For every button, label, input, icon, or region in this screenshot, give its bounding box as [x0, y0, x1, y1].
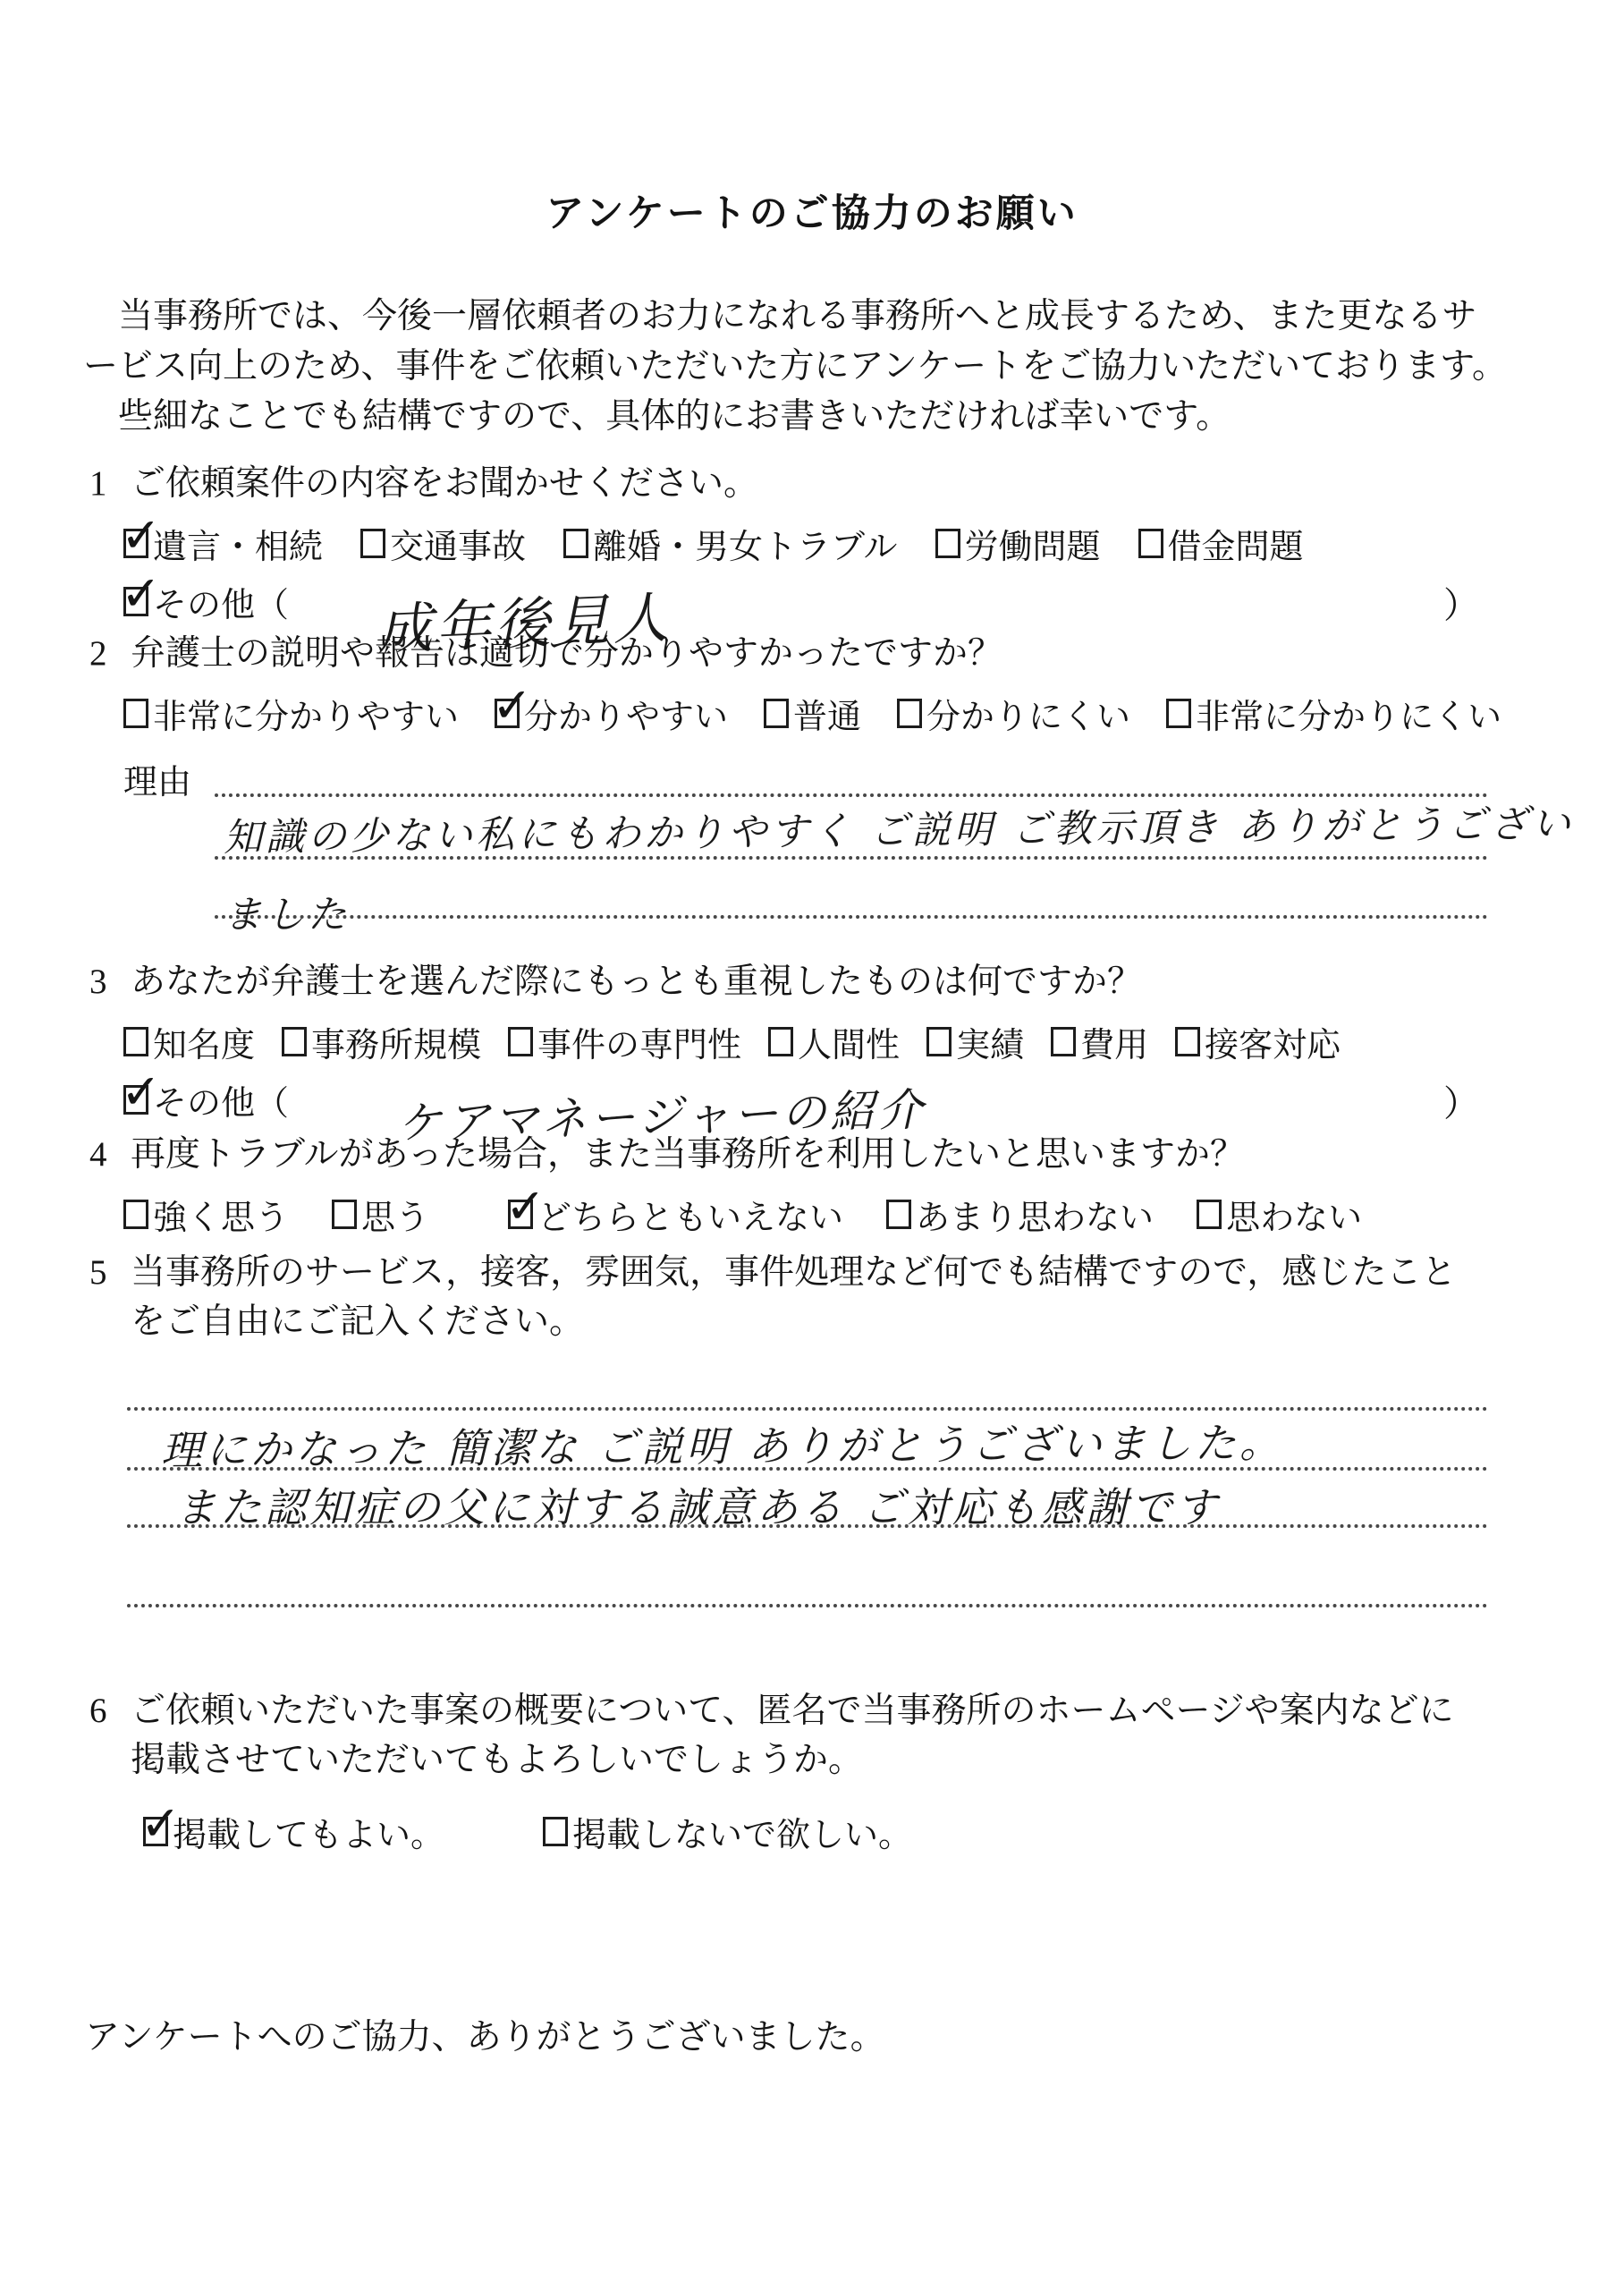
question-5-text: 当事務所のサービス，接客，雰囲気，事件処理など何でも結構ですので，感じたこと を… — [131, 1248, 1535, 1347]
q4-option-dont-think: 思わない — [1197, 1190, 1362, 1239]
q1-option-divorce-trouble-checkbox — [563, 529, 588, 558]
q1-option-other-checkbox — [123, 587, 148, 616]
q2-option-average-label: 普通 — [793, 689, 861, 738]
q1-option-traffic-accident-checkbox — [360, 529, 385, 558]
q2-option-average: 普通 — [764, 689, 861, 738]
q3-option-other: その他（ — [123, 1075, 289, 1124]
q5-handwritten-line-1: 理にかなった 簡潔な ご説明 ありがとうございました。 — [161, 1411, 1284, 1478]
q5-dotted-line-1 — [127, 1407, 1488, 1411]
q1-option-traffic-accident: 交通事故 — [360, 519, 526, 568]
q3-option-specialty-label: 事件の専門性 — [537, 1017, 741, 1066]
q3-option-service-checkbox — [1175, 1027, 1200, 1056]
q4-option-not-really-checkbox — [886, 1200, 911, 1229]
q2-option-very-clear-checkbox — [123, 699, 148, 728]
q4-option-think: 思う — [332, 1190, 429, 1239]
q1-option-divorce-trouble-label: 離婚・男女トラブル — [593, 519, 897, 568]
q1-option-will-inheritance: 遺言・相続 — [123, 519, 323, 568]
question-3-options: 知名度 事務所規模 事件の専門性 人間性 実績 費用 — [123, 1017, 1535, 1066]
q6-option-do-not-publish-label: 掲載しないで欲しい。 — [572, 1807, 912, 1856]
question-4-section: 4 再度トラブルがあった場合，また当事務所を利用したいと思いますか？ 強く思う … — [89, 1130, 1535, 1239]
q2-reason-handwritten-line-1: 知識の少ない私にもわかりやすく ご説明 ご教示頂き ありがとうござい — [224, 793, 1575, 862]
q3-option-cost-label: 費用 — [1080, 1017, 1148, 1066]
question-2-options: 非常に分かりやすい 分かりやすい 普通 分かりにくい 非常に分かりにくい — [123, 689, 1535, 738]
question-2-head: 2 弁護士の説明や報告は適切で分かりやすかったですか？ — [89, 629, 1535, 678]
question-4-head: 4 再度トラブルがあった場合，また当事務所を利用したいと思いますか？ — [89, 1130, 1535, 1179]
q1-option-debt-issue-checkbox — [1138, 529, 1163, 558]
q2-reason-label: 理由 — [123, 754, 191, 803]
q4-option-dont-think-label: 思わない — [1226, 1190, 1362, 1239]
q2-option-unclear-label: 分かりにくい — [926, 689, 1130, 738]
q2-option-unclear-checkbox — [897, 699, 922, 728]
q1-option-labor-issue: 労働問題 — [935, 519, 1101, 568]
question-2-text: 弁護士の説明や報告は適切で分かりやすかったですか？ — [131, 629, 1535, 678]
q4-option-think-checkbox — [332, 1200, 357, 1229]
q3-option-service-label: 接客対応 — [1205, 1017, 1341, 1066]
q2-reason-block: 理由 知識の少ない私にもわかりやすく ご説明 ご教示頂き ありがとうござい まし… — [123, 754, 1492, 915]
question-6-text: ご依頼いただいた事案の概要について、匿名で当事務所のホームページや案内などに 掲… — [131, 1686, 1535, 1785]
q2-option-clear: 分かりやすい — [495, 689, 728, 738]
q1-option-will-inheritance-checkbox — [123, 529, 148, 558]
q2-reason-handwritten-line-2: ました — [224, 885, 350, 939]
question-1-number: 1 — [89, 459, 131, 508]
q2-option-very-clear-label: 非常に分かりやすい — [153, 689, 459, 738]
intro-paragraph: 当事務所では、今後一層依頼者のお力になれる事務所へと成長するため、また更なるサ … — [83, 292, 1550, 441]
q3-option-personality: 人間性 — [768, 1017, 900, 1066]
q4-option-neither-label: どちらともいえない — [537, 1190, 843, 1239]
q1-option-will-inheritance-label: 遺言・相続 — [153, 519, 323, 568]
q4-option-strongly-think-checkbox — [123, 1200, 148, 1229]
q1-option-other-label: その他（ — [153, 577, 289, 626]
question-2-number: 2 — [89, 629, 131, 678]
closing-thanks-text: アンケートへのご協力、ありがとうございました。 — [85, 2009, 885, 2059]
q6-option-may-publish: 掲載してもよい。 — [143, 1807, 444, 1856]
q1-option-debt-issue: 借金問題 — [1138, 519, 1304, 568]
q1-option-debt-issue-label: 借金問題 — [1168, 519, 1304, 568]
q5-comment-block: 理にかなった 簡潔な ご説明 ありがとうございました。 また認知症の父に対する誠… — [123, 1391, 1492, 1615]
q6-option-may-publish-label: 掲載してもよい。 — [173, 1807, 444, 1856]
question-2-section: 2 弁護士の説明や報告は適切で分かりやすかったですか？ 非常に分かりやすい 分か… — [89, 629, 1535, 738]
q3-option-firm-size: 事務所規模 — [282, 1017, 481, 1066]
q2-option-very-clear: 非常に分かりやすい — [123, 689, 459, 738]
q4-option-strongly-think-label: 強く思う — [153, 1190, 289, 1239]
q3-option-personality-label: 人間性 — [798, 1017, 900, 1066]
q3-other-close-paren: ） — [1443, 1075, 1479, 1126]
q4-option-strongly-think: 強く思う — [123, 1190, 289, 1239]
q1-option-divorce-trouble: 離婚・男女トラブル — [563, 519, 897, 568]
q6-option-may-publish-checkbox — [143, 1817, 168, 1846]
q3-option-fame-checkbox — [123, 1027, 148, 1056]
q3-option-specialty: 事件の専門性 — [508, 1017, 741, 1066]
q4-option-neither: どちらともいえない — [508, 1190, 843, 1239]
question-4-text: 再度トラブルがあった場合，また当事務所を利用したいと思いますか？ — [131, 1130, 1535, 1179]
question-1-options: 遺言・相続 交通事故 離婚・男女トラブル 労働問題 借金問題 — [123, 519, 1535, 568]
q3-option-track-record-checkbox — [926, 1027, 952, 1056]
q2-option-very-unclear-label: 非常に分かりにくい — [1196, 689, 1501, 738]
q3-option-fame-label: 知名度 — [153, 1017, 255, 1066]
q4-option-think-label: 思う — [361, 1190, 429, 1239]
question-4-options: 強く思う 思う どちらともいえない あまり思わない 思わない — [123, 1190, 1535, 1239]
q6-option-do-not-publish: 掲載しないで欲しい。 — [543, 1807, 912, 1856]
q4-option-dont-think-checkbox — [1197, 1200, 1222, 1229]
question-6-options: 掲載してもよい。 掲載しないで欲しい。 — [143, 1807, 1535, 1856]
q1-option-other: その他（ — [123, 577, 289, 626]
q1-option-traffic-accident-label: 交通事故 — [390, 519, 526, 568]
question-3-head: 3 あなたが弁護士を選んだ際にもっとも重視したものは何ですか？ — [89, 957, 1535, 1006]
question-6-number: 6 — [89, 1686, 131, 1735]
q1-other-close-paren: ） — [1443, 577, 1479, 628]
question-3-number: 3 — [89, 957, 131, 1006]
question-4-number: 4 — [89, 1130, 131, 1179]
q4-option-not-really: あまり思わない — [886, 1190, 1154, 1239]
q2-option-very-unclear-checkbox — [1166, 699, 1191, 728]
question-1-head: 1 ご依頼案件の内容をお聞かせください。 — [89, 459, 1535, 508]
q2-option-unclear: 分かりにくい — [897, 689, 1130, 738]
q3-option-track-record: 実績 — [926, 1017, 1024, 1066]
q3-option-track-record-label: 実績 — [956, 1017, 1024, 1066]
q3-option-service: 接客対応 — [1175, 1017, 1341, 1066]
q1-option-labor-issue-label: 労働問題 — [965, 519, 1101, 568]
question-5-head: 5 当事務所のサービス，接客，雰囲気，事件処理など何でも結構ですので，感じたこと… — [89, 1248, 1535, 1347]
q1-option-labor-issue-checkbox — [935, 529, 960, 558]
q3-option-firm-size-checkbox — [282, 1027, 307, 1056]
q2-option-very-unclear: 非常に分かりにくい — [1166, 689, 1501, 738]
q3-option-other-label: その他（ — [153, 1075, 289, 1124]
q4-option-not-really-label: あまり思わない — [916, 1190, 1154, 1239]
question-3-text: あなたが弁護士を選んだ際にもっとも重視したものは何ですか？ — [131, 957, 1535, 1006]
q5-dotted-line-4 — [127, 1604, 1488, 1607]
q2-option-average-checkbox — [764, 699, 789, 728]
page-title: アンケートのご協力のお願い — [0, 183, 1624, 238]
q2-option-clear-label: 分かりやすい — [524, 689, 728, 738]
q2-option-clear-checkbox — [495, 699, 520, 728]
question-5-number: 5 — [89, 1248, 131, 1297]
q3-option-cost: 費用 — [1051, 1017, 1148, 1066]
question-6-section: 6 ご依頼いただいた事案の概要について、匿名で当事務所のホームページや案内などに… — [89, 1686, 1535, 1856]
q3-option-firm-size-label: 事務所規模 — [311, 1017, 481, 1066]
q2-reason-dotted-line-3 — [215, 915, 1488, 919]
q3-option-personality-checkbox — [768, 1027, 793, 1056]
question-5-section: 5 当事務所のサービス，接客，雰囲気，事件処理など何でも結構ですので，感じたこと… — [89, 1248, 1535, 1347]
question-1-text: ご依頼案件の内容をお聞かせください。 — [131, 459, 1535, 508]
question-6-head: 6 ご依頼いただいた事案の概要について、匿名で当事務所のホームページや案内などに… — [89, 1686, 1535, 1785]
q3-option-specialty-checkbox — [508, 1027, 533, 1056]
q4-option-neither-checkbox — [508, 1200, 533, 1229]
q6-option-do-not-publish-checkbox — [543, 1817, 568, 1846]
q3-option-fame: 知名度 — [123, 1017, 255, 1066]
q3-option-other-checkbox — [123, 1085, 148, 1115]
q3-option-cost-checkbox — [1051, 1027, 1076, 1056]
q5-handwritten-line-2: また認知症の父に対する誠意ある ご対応も感謝です — [175, 1475, 1221, 1534]
